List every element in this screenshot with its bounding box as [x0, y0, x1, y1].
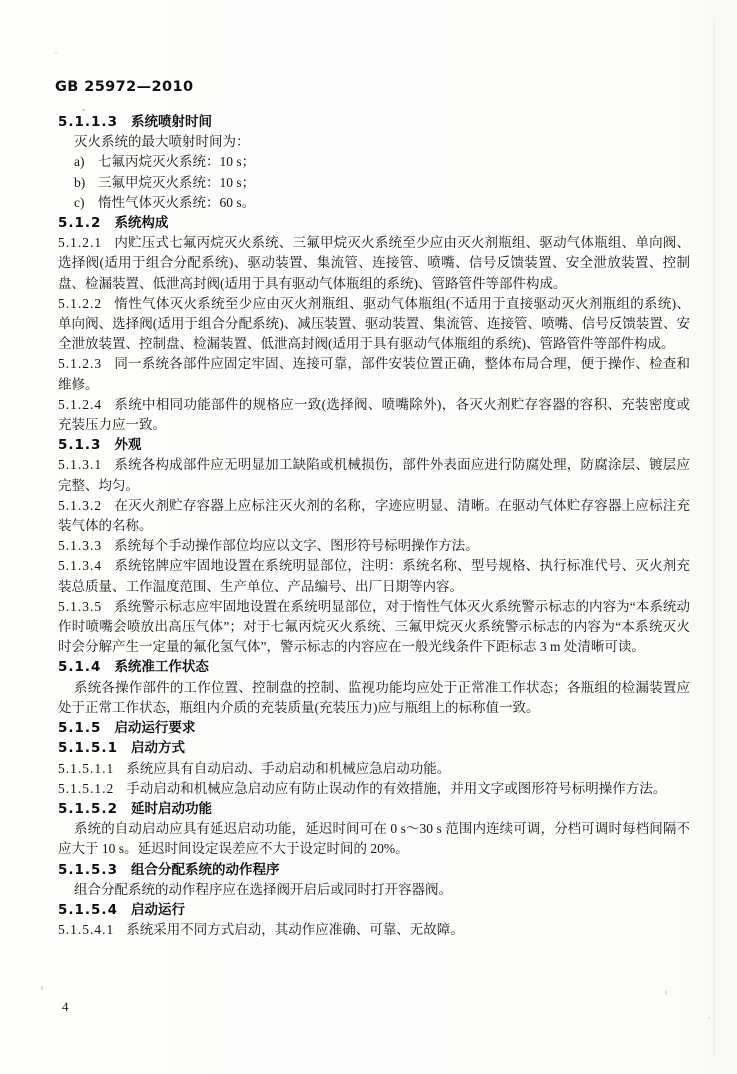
heading-title: 启动方式 [131, 740, 185, 756]
document-body: 5.1.1.3系统喷射时间灭火系统的最大喷射时间为：a)七氟丙烷灭火系统：10 … [58, 112, 690, 940]
clause-text: 系统采用不同方式启动，其动作应准确、可靠、无故障。 [126, 922, 464, 937]
heading-title: 延时启动功能 [131, 801, 212, 817]
clause-heading: 5.1.1.3系统喷射时间 [58, 112, 690, 132]
heading-number: 5.1.5.4 [58, 902, 118, 918]
clause-number: 5.1.2.2 [58, 296, 102, 311]
clause-number: 5.1.3.1 [58, 457, 102, 472]
scan-speck [82, 109, 85, 111]
clause-number: 5.1.5.1.2 [58, 781, 114, 796]
scan-edge-shade [713, 18, 715, 1058]
clause-heading: 5.1.5.2延时启动功能 [58, 799, 690, 819]
heading-number: 5.1.5.1 [58, 740, 118, 756]
heading-title: 系统构成 [114, 215, 168, 231]
clause-heading: 5.1.4系统准工作状态 [58, 657, 690, 677]
clause-paragraph: 5.1.3.4系统铭牌应牢固地设置在系统明显部位，注明：系统名称、型号规格、执行… [58, 556, 690, 596]
list-item-text: 七氟丙烷灭火系统：10 s； [98, 154, 255, 169]
clause-number: 5.1.5.4.1 [58, 922, 114, 937]
clause-number: 5.1.5.1.1 [58, 761, 114, 776]
list-item: c)惰性气体灭火系统：60 s。 [58, 193, 690, 213]
clause-number: 5.1.2.1 [58, 235, 102, 250]
clause-text: 手动启动和机械应急启动应有防止误动作的有效措施，并用文字或图形符号标明操作方法。 [126, 781, 666, 796]
heading-number: 5.1.5.2 [58, 801, 118, 817]
body-paragraph: 灭火系统的最大喷射时间为： [58, 132, 690, 152]
page-number: 4 [62, 999, 69, 1015]
heading-title: 组合分配系统的动作程序 [131, 862, 280, 878]
clause-paragraph: 5.1.3.2在灭火剂贮存容器上应标注灭火剂的名称，字迹应明显、清晰。在驱动气体… [58, 496, 690, 536]
standard-number-header: GB 25972—2010 [55, 79, 194, 95]
clause-text: 内贮压式七氟丙烷灭火系统、三氟甲烷灭火系统至少应由灭火剂瓶组、驱动气体瓶组、单向… [58, 235, 690, 290]
clause-text: 系统铭牌应牢固地设置在系统明显部位，注明：系统名称、型号规格、执行标准代号、灭火… [58, 558, 690, 593]
clause-text: 系统每个手动操作部位均应以文字、图形符号标明操作方法。 [114, 538, 479, 553]
document-page: GB 25972—2010 5.1.1.3系统喷射时间灭火系统的最大喷射时间为：… [0, 0, 737, 1074]
clause-text: 系统应具有自动启动、手动启动和机械应急启动功能。 [126, 761, 450, 776]
paragraph-text: 系统各操作部件的工作位置、控制盘的控制、监视功能均应处于正常准工作状态；各瓶组的… [58, 680, 690, 715]
heading-title: 外观 [114, 437, 141, 453]
clause-paragraph: 5.1.5.1.2手动启动和机械应急启动应有防止误动作的有效措施，并用文字或图形… [58, 779, 690, 799]
clause-paragraph: 5.1.3.3系统每个手动操作部位均应以文字、图形符号标明操作方法。 [58, 536, 690, 556]
clause-number: 5.1.3.3 [58, 538, 102, 553]
clause-heading: 5.1.5.4启动运行 [58, 900, 690, 920]
body-paragraph: 系统的自动启动应具有延迟启动功能，延迟时间可在 0 s～30 s 范围内连续可调… [58, 819, 690, 859]
heading-title: 系统准工作状态 [114, 659, 209, 675]
heading-title: 启动运行 [131, 902, 185, 918]
body-paragraph: 组合分配系统的动作程序应在选择阀开启后或同时打开容器阀。 [58, 880, 690, 900]
paragraph-text: 灭火系统的最大喷射时间为： [74, 134, 250, 149]
scan-speck [708, 1017, 710, 1019]
clause-text: 系统中相同功能部件的规格应一致(选择阀、喷嘴除外)，各灭火剂贮存容器的容积、充装… [58, 397, 690, 432]
clause-paragraph: 5.1.3.1系统各构成部件应无明显加工缺陷或机械损伤，部件外表面应进行防腐处理… [58, 455, 690, 495]
clause-paragraph: 5.1.2.1内贮压式七氟丙烷灭火系统、三氟甲烷灭火系统至少应由灭火剂瓶组、驱动… [58, 233, 690, 294]
scan-speck [55, 52, 57, 54]
list-item-label: b) [74, 173, 98, 193]
clause-text: 系统警示标志应牢固地设置在系统明显部位，对于惰性气体灭火系统警示标志的内容为“本… [58, 599, 690, 654]
clause-number: 5.1.3.4 [58, 558, 102, 573]
clause-heading: 5.1.5.1启动方式 [58, 738, 690, 758]
clause-heading: 5.1.5.3组合分配系统的动作程序 [58, 860, 690, 880]
clause-heading: 5.1.2系统构成 [58, 213, 690, 233]
clause-number: 5.1.2.3 [58, 356, 102, 371]
heading-title: 启动运行要求 [114, 720, 195, 736]
paragraph-text: 系统的自动启动应具有延迟启动功能，延迟时间可在 0 s～30 s 范围内连续可调… [58, 821, 690, 856]
clause-paragraph: 5.1.5.1.1系统应具有自动启动、手动启动和机械应急启动功能。 [58, 759, 690, 779]
heading-number: 5.1.2 [58, 215, 101, 231]
list-item-label: a) [74, 152, 98, 172]
list-item: b)三氟甲烷灭火系统：10 s； [58, 173, 690, 193]
clause-paragraph: 5.1.2.4系统中相同功能部件的规格应一致(选择阀、喷嘴除外)，各灭火剂贮存容… [58, 395, 690, 435]
clause-number: 5.1.3.5 [58, 599, 102, 614]
list-item: a)七氟丙烷灭火系统：10 s； [58, 152, 690, 172]
body-paragraph: 系统各操作部件的工作位置、控制盘的控制、监视功能均应处于正常准工作状态；各瓶组的… [58, 678, 690, 718]
heading-number: 5.1.5.3 [58, 862, 118, 878]
clause-paragraph: 5.1.5.4.1系统采用不同方式启动，其动作应准确、可靠、无故障。 [58, 920, 690, 940]
heading-number: 5.1.5 [58, 720, 101, 736]
heading-title: 系统喷射时间 [131, 114, 212, 130]
clause-number: 5.1.3.2 [58, 498, 102, 513]
clause-paragraph: 5.1.2.3同一系统各部件应固定牢固、连接可靠，部件安装位置正确，整体布局合理… [58, 354, 690, 394]
heading-number: 5.1.1.3 [58, 114, 118, 130]
clause-text: 同一系统各部件应固定牢固、连接可靠，部件安装位置正确，整体布局合理，便于操作、检… [58, 356, 690, 391]
clause-paragraph: 5.1.3.5系统警示标志应牢固地设置在系统明显部位，对于惰性气体灭火系统警示标… [58, 597, 690, 658]
clause-number: 5.1.2.4 [58, 397, 102, 412]
clause-text: 系统各构成部件应无明显加工缺陷或机械损伤，部件外表面应进行防腐处理，防腐涂层、镀… [58, 457, 690, 492]
scan-speck [665, 990, 667, 995]
clause-text: 惰性气体灭火系统至少应由灭火剂瓶组、驱动气体瓶组(不适用于直接驱动灭火剂瓶组的系… [58, 296, 690, 351]
list-item-text: 惰性气体灭火系统：60 s。 [98, 195, 255, 210]
list-item-label: c) [74, 193, 98, 213]
heading-number: 5.1.3 [58, 437, 101, 453]
list-item-text: 三氟甲烷灭火系统：10 s； [98, 175, 255, 190]
clause-text: 在灭火剂贮存容器上应标注灭火剂的名称，字迹应明显、清晰。在驱动气体贮存容器上应标… [58, 498, 690, 533]
clause-heading: 5.1.3外观 [58, 435, 690, 455]
scan-speck [41, 986, 43, 990]
clause-paragraph: 5.1.2.2惰性气体灭火系统至少应由灭火剂瓶组、驱动气体瓶组(不适用于直接驱动… [58, 294, 690, 355]
heading-number: 5.1.4 [58, 659, 101, 675]
paragraph-text: 组合分配系统的动作程序应在选择阀开启后或同时打开容器阀。 [74, 882, 452, 897]
clause-heading: 5.1.5启动运行要求 [58, 718, 690, 738]
